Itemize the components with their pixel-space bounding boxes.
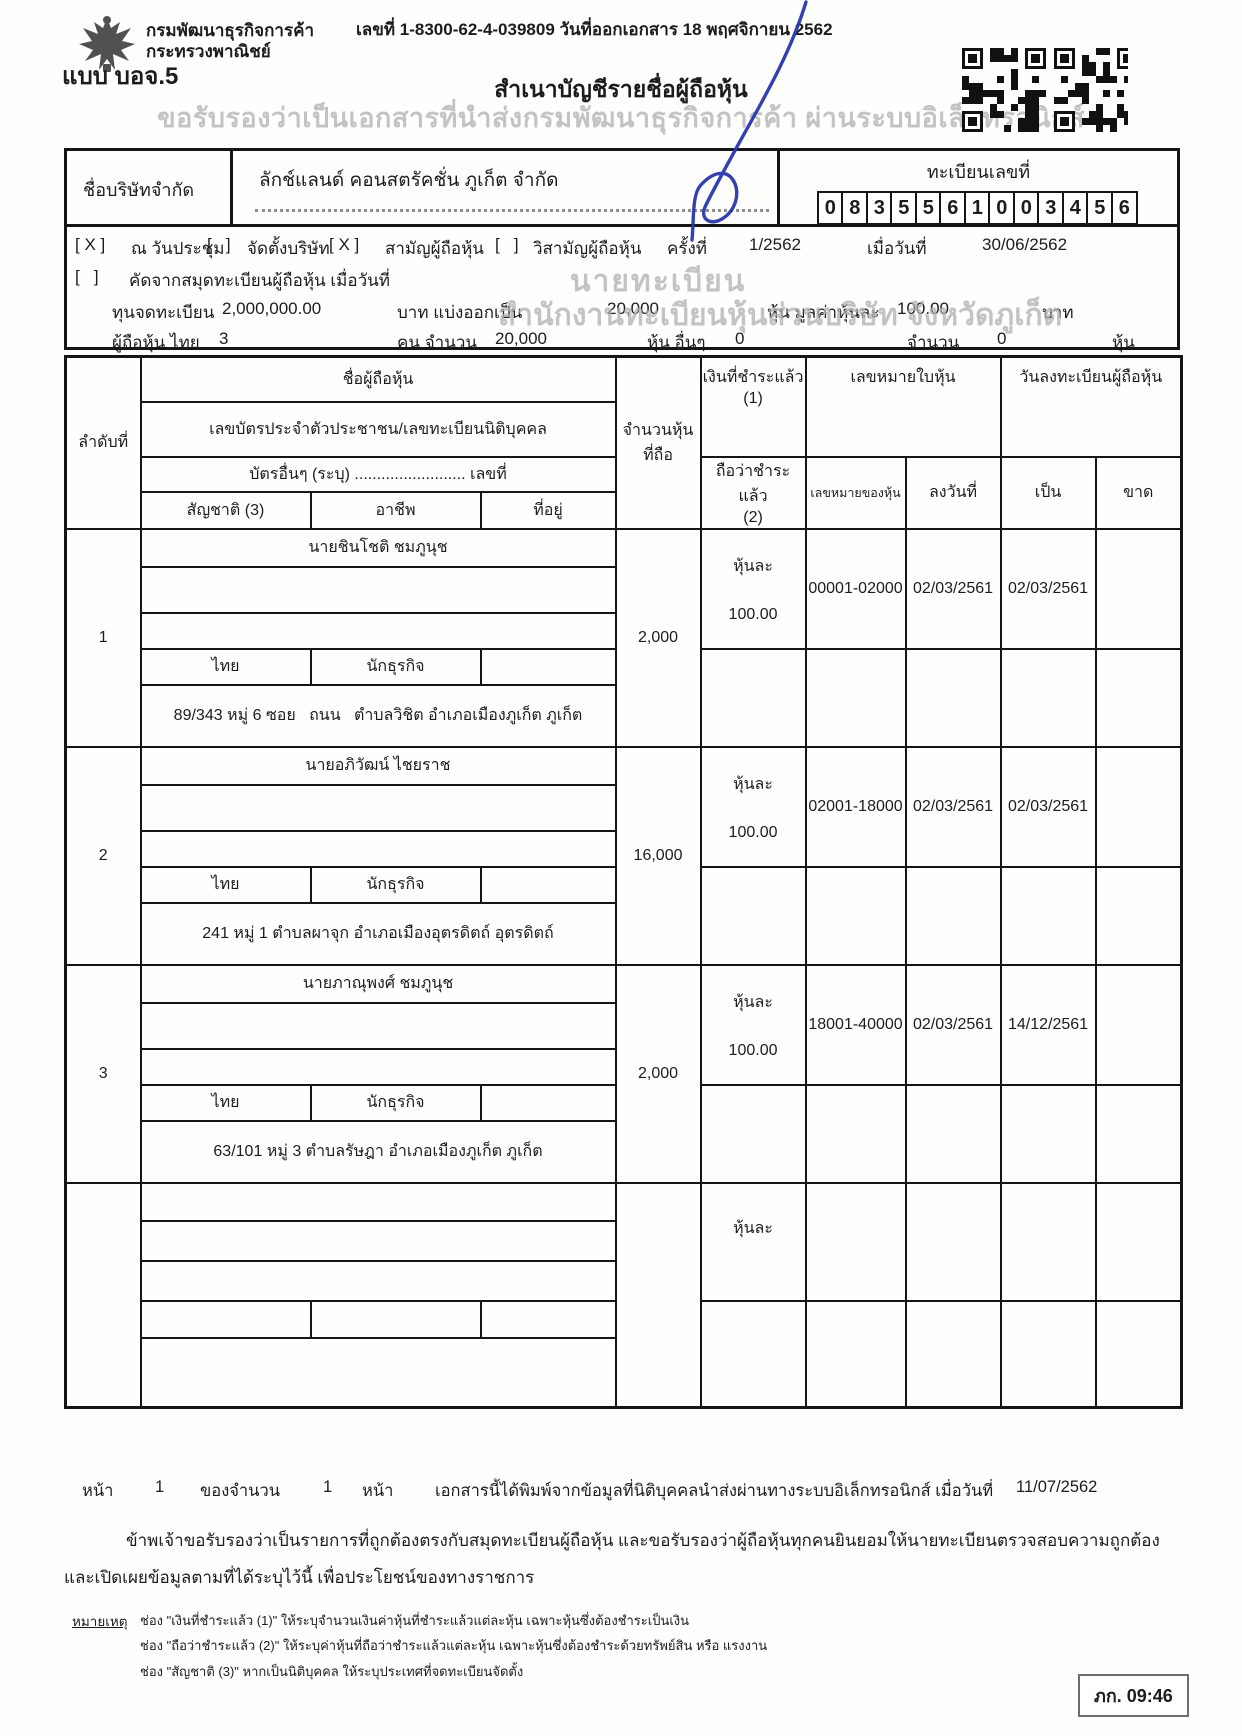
paid-amount: 100.00 [702,824,805,842]
reg-digit: 1 [964,191,991,225]
checkbox-ordinary-label: สามัญผู้ถือหุ้น [385,235,484,262]
paid-amount: 100.00 [702,1042,805,1060]
per-share-label: หุ้นละ [702,990,805,1015]
shares-held [616,1183,701,1408]
cert-date: 02/03/2561 [906,965,1001,1085]
cert-numbers: 02001-18000 [806,747,906,867]
document-number-line: เลขที่ 1-8300-62-4-039809 วันที่ออกเอกสา… [356,16,833,43]
reg-out-spacer [1096,1301,1182,1408]
nationality: ไทย [141,1085,311,1121]
reg-out-spacer [1096,1085,1182,1183]
holders-thai-shares: 20,000 [495,329,547,349]
company-row: ชื่อบริษัทจำกัด ลักช์แลนด์ คอนสตรัคชั่น … [67,151,1177,227]
holders-label: ผู้ถือหุ้น ไทย [112,329,200,356]
address: 241 หมู่ 1 ตำบลผาจุก อำเภอเมืองอุตรดิตถ์… [141,903,616,965]
col-no: ลำดับที่ [66,357,141,529]
paid-spacer [701,867,806,965]
company-name-cell: ลักช์แลนด์ คอนสตรัคชั่น ภูเก็ต จำกัด [233,151,777,224]
holders-unit2: หุ้น อื่นๆ [647,329,706,356]
reg-date-out [1096,529,1182,649]
capital-amount: 2,000,000.00 [222,299,321,319]
cert-numbers [806,1183,906,1301]
reg-digit: 6 [939,191,966,225]
holders-unit1: คน จำนวน [397,329,477,356]
row-number: 1 [66,529,141,747]
reg-date-in: 02/03/2561 [1001,529,1096,649]
reg-digit: 4 [1062,191,1089,225]
reg-in-spacer [1001,1085,1096,1183]
cert-no-spacer [806,1085,906,1183]
col-nationality: สัญชาติ (3) [141,492,311,529]
note-line: ช่อง "เงินที่ชำระแล้ว (1)" ให้ระบุจำนวนเ… [140,1608,1040,1633]
capital-unit1: บาท แบ่งออกเป็น [397,299,522,326]
printed-note: เอกสารนี้ได้พิมพ์จากข้อมูลที่นิติบุคคลนำ… [435,1478,993,1504]
id-number-cell [141,567,616,613]
cert-no-spacer [806,649,906,747]
holders-unit4: หุ้น [1112,329,1135,356]
notes-list: ช่อง "เงินที่ชำระแล้ว (1)" ให้ระบุจำนวนเ… [140,1608,1040,1684]
shareholder-name [141,1183,616,1221]
paid-spacer [701,1085,806,1183]
nationality-row-spacer [481,1085,616,1121]
meeting-date-value: 30/06/2562 [982,235,1067,255]
cert-date-spacer [906,649,1001,747]
paid-per-share-cell: หุ้นละ 100.00 [701,529,806,649]
col-shares: จำนวนหุ้น ที่ถือ [616,357,701,529]
nationality [141,1301,311,1338]
shares-held: 16,000 [616,747,701,965]
shareholder-name: นายอภิวัฒน์ ไชยราช [141,747,616,785]
col-deemed-label: ถือว่าชำระแล้ว [702,459,805,509]
holders-line: ผู้ถือหุ้น ไทย 3 คน จำนวน 20,000 หุ้น อื… [67,329,1177,355]
paid-per-share-cell: หุ้นละ 100.00 [701,965,806,1085]
occupation: นักธุรกิจ [311,1085,481,1121]
reg-date-in: 14/12/2561 [1001,965,1096,1085]
reg-out-spacer [1096,867,1182,965]
checkbox-meeting: [ X ] [75,235,105,255]
col-occupation: อาชีพ [311,492,481,529]
page-number: 1 [155,1478,164,1497]
shares-held: 2,000 [616,965,701,1183]
holders-other-count: 0 [735,329,744,349]
other-card-cell [141,831,616,867]
reg-in-spacer [1001,649,1096,747]
col-cert-date: ลงวันที่ [906,457,1001,529]
reg-digit: 5 [915,191,942,225]
company-name: ลักช์แลนด์ คอนสตรัคชั่น ภูเก็ต จำกัด [259,165,558,195]
registration-digit-boxes: 0 8 3 5 5 6 1 0 0 3 4 5 6 [780,191,1177,225]
col-deemed: ถือว่าชำระแล้ว (2) [701,457,806,529]
reg-digit: 0 [817,191,844,225]
col-cert-no: เลขหมายของหุ้น [806,457,906,529]
cert-date [906,1183,1001,1301]
address: 63/101 หมู่ 3 ตำบลรัษฎา อำเภอเมืองภูเก็ต… [141,1121,616,1183]
reg-date-out [1096,747,1182,867]
capital-label: ทุนจดทะเบียน [112,299,214,326]
page-count-line: หน้า 1 ของจำนวน 1 หน้า เอกสารนี้ได้พิมพ์… [64,1478,1180,1508]
checkbox-extraordinary: [ ] [495,235,519,255]
reg-digit: 3 [1037,191,1064,225]
nationality-row-spacer [481,867,616,903]
occupation [311,1301,481,1338]
capital-unit2: หุ้น มูลค่าหุ้นละ [767,299,879,326]
col-cert-group: เลขหมายใบหุ้น [806,357,1001,457]
shareholder-table: ลำดับที่ ชื่อผู้ถือหุ้น จำนวนหุ้น ที่ถือ… [64,355,1183,1409]
reg-digit: 8 [841,191,868,225]
meeting-date-label: เมื่อวันที่ [867,235,927,262]
shareholder-name: นายชินโชติ ชมภูนุช [141,529,616,567]
reg-in-spacer [1001,1301,1096,1408]
cert-no-spacer [806,867,906,965]
nationality-row-spacer [481,1301,616,1338]
address: 89/343 หมู่ 6 ซอย ถนน ตำบลวิชิต อำเภอเมื… [141,685,616,747]
reg-digit: 6 [1111,191,1138,225]
col-reg-group: วันลงทะเบียนผู้ถือหุ้น [1001,357,1182,457]
col-name: ชื่อผู้ถือหุ้น [141,357,616,402]
company-name-label: ชื่อบริษัทจำกัด [67,151,233,224]
holders-other-shares: 0 [997,329,1006,349]
holders-unit3: จำนวน [907,329,959,356]
col-paid-note: (1) [702,390,805,408]
meeting-no-value: 1/2562 [749,235,801,255]
paid-per-share-cell: หุ้นละ [701,1183,806,1301]
registration-number-label: ทะเบียนเลขที่ [780,151,1177,186]
registration-number-cell: ทะเบียนเลขที่ 0 8 3 5 5 6 1 0 0 3 4 5 6 [777,151,1177,224]
address [141,1338,616,1408]
certification-paragraph: ข้าพเจ้าขอรับรองว่าเป็นรายการที่ถูกต้องต… [64,1522,1182,1597]
cert-date: 02/03/2561 [906,529,1001,649]
copy-register-line: [ ] คัดจากสมุดทะเบียนผู้ถือหุ้น เมื่อวัน… [67,267,1177,293]
paid-spacer [701,1301,806,1408]
capital-shares: 20,000 [607,299,659,319]
reg-digit: 3 [866,191,893,225]
col-deemed-note: (2) [702,509,805,527]
other-card-cell [141,1049,616,1085]
reg-date-out [1096,965,1182,1085]
paid-per-share-cell: หุ้นละ 100.00 [701,747,806,867]
col-reg-out: ขาด [1096,457,1182,529]
col-reg-in: เป็น [1001,457,1096,529]
reg-out-spacer [1096,649,1182,747]
cert-date-spacer [906,867,1001,965]
checkbox-establish: [ ] [207,235,231,255]
capital-par-value: 100.00 [897,299,949,319]
cert-date-spacer [906,1301,1001,1408]
shares-held: 2,000 [616,529,701,747]
row-number: 2 [66,747,141,965]
reg-date-out [1096,1183,1182,1301]
paid-spacer [701,649,806,747]
col-paid-label: เงินที่ชำระแล้ว [702,365,805,390]
checkbox-establish-label: จัดตั้งบริษัท [247,235,330,262]
occupation: นักธุรกิจ [311,649,481,685]
cert-date-spacer [906,1085,1001,1183]
dotted-fill-line [255,209,769,212]
cert-date: 02/03/2561 [906,747,1001,867]
reg-date-in [1001,1183,1096,1301]
cert-numbers: 00001-02000 [806,529,906,649]
other-card-cell [141,613,616,649]
checkbox-copy-register-label: คัดจากสมุดทะเบียนผู้ถือหุ้น เมื่อวันที่ [129,267,390,294]
checkbox-extraordinary-label: วิสามัญผู้ถือหุ้น [533,235,641,262]
qr-code [962,48,1128,142]
capital-line: ทุนจดทะเบียน 2,000,000.00 บาท แบ่งออกเป็… [67,299,1177,325]
col-id: เลขบัตรประจำตัวประชาชน/เลขทะเบียนนิติบุค… [141,402,616,457]
reg-in-spacer [1001,867,1096,965]
capital-unit3: บาท [1042,299,1074,326]
id-number-cell [141,785,616,831]
of-label: ของจำนวน [200,1478,280,1504]
col-address: ที่อยู่ [481,492,616,529]
nationality-row-spacer [481,649,616,685]
cert-no-spacer [806,1301,906,1408]
col-paid: เงินที่ชำระแล้ว (1) [701,357,806,457]
paid-amount: 100.00 [702,606,805,624]
page-label-2: หน้า [362,1478,393,1504]
id-number-cell [141,1221,616,1261]
note-line: ช่อง "สัญชาติ (3)" หากเป็นนิติบุคคล ให้ร… [140,1659,1040,1684]
col-shares-line2: ที่ถือ [617,443,700,468]
printed-date: 11/07/2562 [1016,1478,1097,1497]
notes-label: หมายเหตุ [72,1610,128,1632]
nationality: ไทย [141,867,311,903]
col-other-card: บัตรอื่นๆ (ระบุ) .......................… [141,457,616,492]
shareholder-name: นายภาณุพงศ์ ชมภูนุช [141,965,616,1003]
per-share-label: หุ้นละ [702,554,805,579]
meeting-no-label: ครั้งที่ [667,235,707,262]
row-number: 3 [66,965,141,1183]
row-number [66,1183,141,1408]
reg-digit: 5 [1086,191,1113,225]
nationality: ไทย [141,649,311,685]
occupation: นักธุรกิจ [311,867,481,903]
reg-date-in: 02/03/2561 [1001,747,1096,867]
other-card-cell [141,1261,616,1301]
id-number-cell [141,1003,616,1049]
col-shares-line1: จำนวนหุ้น [617,418,700,443]
reg-digit: 0 [988,191,1015,225]
agency-line1: กรมพัฒนาธุรกิจการค้า [146,20,314,41]
cert-numbers: 18001-40000 [806,965,906,1085]
print-time-stamp: ภก. 09:46 [1078,1674,1189,1717]
document-page: กรมพัฒนาธุรกิจการค้า กระทรวงพาณิชย์ แบบ … [0,0,1242,1736]
checkbox-ordinary: [ X ] [329,235,359,255]
per-share-label: หุ้นละ [702,772,805,797]
company-info-box: ชื่อบริษัทจำกัด ลักช์แลนด์ คอนสตรัคชั่น … [64,148,1180,350]
page-total: 1 [323,1478,332,1497]
reg-digit: 0 [1013,191,1040,225]
note-line: ช่อง "ถือว่าชำระแล้ว (2)" ให้ระบุค่าหุ้น… [140,1633,1040,1658]
holders-thai-count: 3 [219,329,228,349]
meeting-type-line: [ X ] ณ วันประชุม [ ] จัดตั้งบริษัท [ X … [67,235,1177,261]
per-share-label: หุ้นละ [702,1216,805,1241]
checkbox-copy-register: [ ] [75,267,99,287]
reg-digit: 5 [890,191,917,225]
page-label: หน้า [82,1478,113,1504]
